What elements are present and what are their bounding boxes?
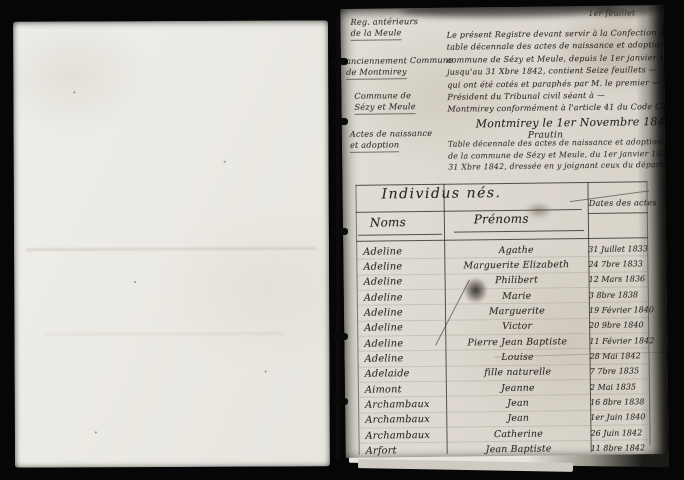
margin-note-prior-registers: Reg. antérieurs de la Meule — [350, 16, 418, 41]
margin-note-act-type: Actes de naissance et adoption — [350, 128, 433, 153]
nom-cell: Adeline — [357, 291, 445, 303]
binding-stitch — [332, 333, 348, 340]
ink-bleed-line — [44, 333, 284, 336]
prenom-cell: Jean — [446, 397, 590, 410]
margin-note-commune: Commune de Sézy et Meule — [354, 90, 416, 115]
prenom-cell: Jean Baptiste — [447, 443, 591, 456]
book-binding — [336, 16, 340, 462]
margin-note-line: et adoption — [350, 139, 399, 153]
paper-speck — [95, 431, 97, 433]
column-header-prenoms: Prénoms — [474, 212, 529, 227]
nom-cell: Adeline — [357, 276, 445, 288]
binding-stitch — [332, 118, 348, 125]
margin-note-line: Sézy et Meule — [354, 101, 415, 115]
page-ragged-edge — [635, 5, 668, 454]
register-scan: 1er feuillet Reg. antérieurs de la Meule… — [0, 0, 684, 480]
prenom-cell: Marguerite — [445, 305, 589, 318]
prenom-cell: Catherine — [446, 428, 590, 441]
prenoms-underline — [454, 230, 584, 233]
nom-cell: Archambaux — [358, 430, 446, 442]
prenom-cell: Jean — [446, 412, 590, 425]
table-title: Individus nés. — [381, 185, 501, 202]
nom-cell: Adeline — [357, 322, 445, 334]
paper-speck — [265, 371, 267, 373]
nom-cell: Arfort — [359, 445, 447, 457]
folio-number: 1er feuillet — [588, 8, 635, 18]
binding-stitch — [332, 228, 348, 235]
prenom-cell: fille naturelle — [446, 366, 590, 379]
noms-underline — [358, 234, 442, 236]
nom-cell: Archambaux — [358, 399, 446, 411]
nom-cell: Adeline — [357, 337, 445, 349]
prenom-cell: Louise — [445, 351, 589, 364]
nom-cell: Adeline — [357, 307, 445, 319]
margin-note-line: Commune de — [354, 90, 415, 102]
prenom-cell: Marguerite Elizabeth — [444, 259, 588, 272]
blank-left-page — [13, 20, 330, 467]
table-caption: Table décennale des actes de naissance e… — [448, 136, 669, 173]
margin-note-line: de Montmirey — [346, 66, 407, 80]
nom-cell: Adelaide — [358, 368, 446, 380]
margin-note-line: Reg. antérieurs — [350, 16, 418, 28]
register-page: 1er feuillet Reg. antérieurs de la Meule… — [340, 5, 668, 458]
paper-speck — [73, 91, 75, 93]
caption-line: 31 Xbre 1842, dressée en y joignant ceux… — [448, 159, 669, 173]
prenom-cell: Victor — [445, 320, 589, 333]
nom-cell: Aimont — [358, 383, 446, 395]
margin-note-line: Actes de naissance — [350, 128, 433, 140]
margin-note-line: anciennement Commune — [346, 55, 454, 67]
margin-note-line: de la Meule — [351, 27, 402, 41]
paper-speck — [224, 161, 226, 163]
nom-cell: Archambaux — [358, 414, 446, 426]
nom-cell: Adeline — [357, 353, 445, 365]
nom-cell: Adeline — [356, 245, 444, 257]
prenom-cell: Jeanne — [446, 382, 590, 395]
prenom-cell: Agathe — [444, 244, 588, 257]
binding-stitch — [332, 58, 348, 65]
nom-cell: Adeline — [356, 261, 444, 273]
prenom-cell: Pierre Jean Baptiste — [445, 336, 589, 349]
margin-note-former-commune: anciennement Commune de Montmirey — [346, 55, 454, 80]
table-rows: Adeline Agathe 31 Juillet 1833 Adeline M… — [356, 241, 651, 458]
paper-speck — [134, 281, 136, 283]
ink-bleed-line — [26, 247, 316, 250]
binding-stitch — [332, 398, 348, 405]
column-header-noms: Noms — [370, 215, 406, 229]
decennial-table: Individus nés. Noms Prénoms Dates des ac… — [355, 181, 650, 457]
